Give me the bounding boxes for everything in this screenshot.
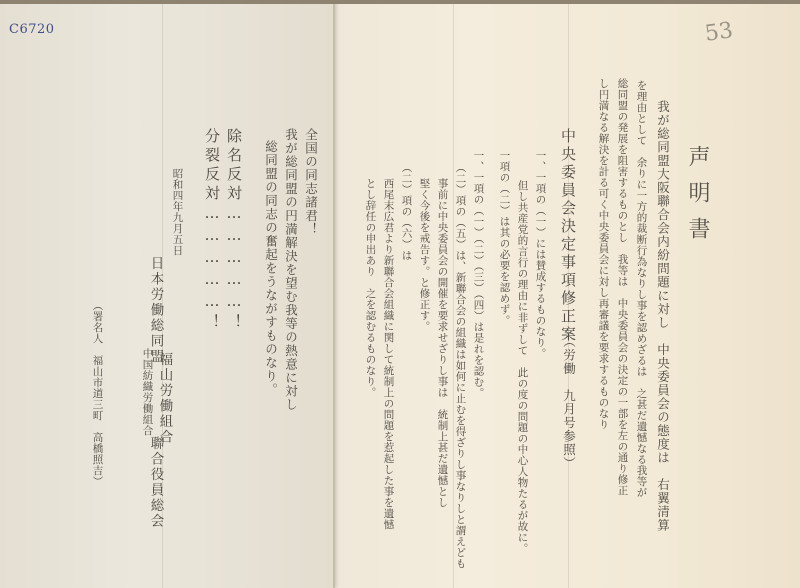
item-line: 堅く今後を戒告す。と修正す。 xyxy=(419,178,430,332)
item-line: とし辞任の申出あり 之を認むるものなり。 xyxy=(365,178,376,398)
signatory-union: 福山労働組合 xyxy=(157,352,171,445)
item-line: 一項の（二）は其の必要を認めず。 xyxy=(499,150,510,326)
proposal-reference: （労働 九月号参照） xyxy=(562,335,575,470)
appeal-line: 総同盟の同志の奮起をうながすものなり。 xyxy=(264,140,277,397)
preamble-line: 総同盟の発展を阻害するものとし 我等は 中央委員会の決定の一部を左の通り修正 xyxy=(617,78,628,496)
item-line: 但し共産党的言行の理由に非ずして 此の度の問題の中心人物たるが故に。 xyxy=(517,180,528,554)
slogan: 除名反対……………！ xyxy=(226,128,241,333)
scan-top-edge xyxy=(0,0,800,4)
item-line: 一、一項の（一）（二）（三）（四）は是れを認む。 xyxy=(473,150,484,398)
paper-fold xyxy=(453,0,454,588)
document-date: 昭和四年九月五日 xyxy=(172,168,183,256)
document-title: 声明書 xyxy=(686,145,708,253)
slogan: 分裂反対……………！ xyxy=(204,128,219,333)
item-line: 一、一項の（一）には賛成するものなり。 xyxy=(535,150,546,359)
item-line: （二）項の（五）は、新聯合会の組織は如何に止むを得ざりし事なりしと謂えども xyxy=(455,162,466,569)
appeal-line: 我が総同盟の円満解決を望む我等の熱意に対し xyxy=(284,128,297,412)
signatory-committee: 聯合役員総会 xyxy=(148,436,162,529)
signatory-union: 中国紡織労働組合 xyxy=(142,348,153,436)
preamble-line: 我が総同盟大阪聯合会内紛問題に対し 中央委員会の態度は 右翼清算 xyxy=(656,100,669,532)
signatory-note: （署名人 福山市道三町 高橋照吉） xyxy=(92,300,103,487)
item-line: （二）項の（六）は xyxy=(401,162,412,261)
reference-stamp: C6720 xyxy=(9,22,55,37)
preamble-line: し円満なる解決を計る可く中央委員会に対し再審議を要求するものなり xyxy=(598,78,609,430)
page-number: 53 xyxy=(703,18,734,47)
item-line: 西尾末広君より新聯合会組織に関して統制上の問題を惹起した事を遺憾 xyxy=(383,178,394,530)
preamble-line: を理由として 余りに一方的裁断行為なりし事を認めざるは 之甚だ遺憾なる我等が xyxy=(636,80,647,498)
proposal-heading: 中央委員会決定事項修正案 xyxy=(560,128,575,344)
appeal-line: 全国の同志諸君！ xyxy=(304,128,317,236)
item-line: 事前に中央委員会の開催を要求せざりし事は 統制上甚だ遺憾とし xyxy=(437,178,448,508)
